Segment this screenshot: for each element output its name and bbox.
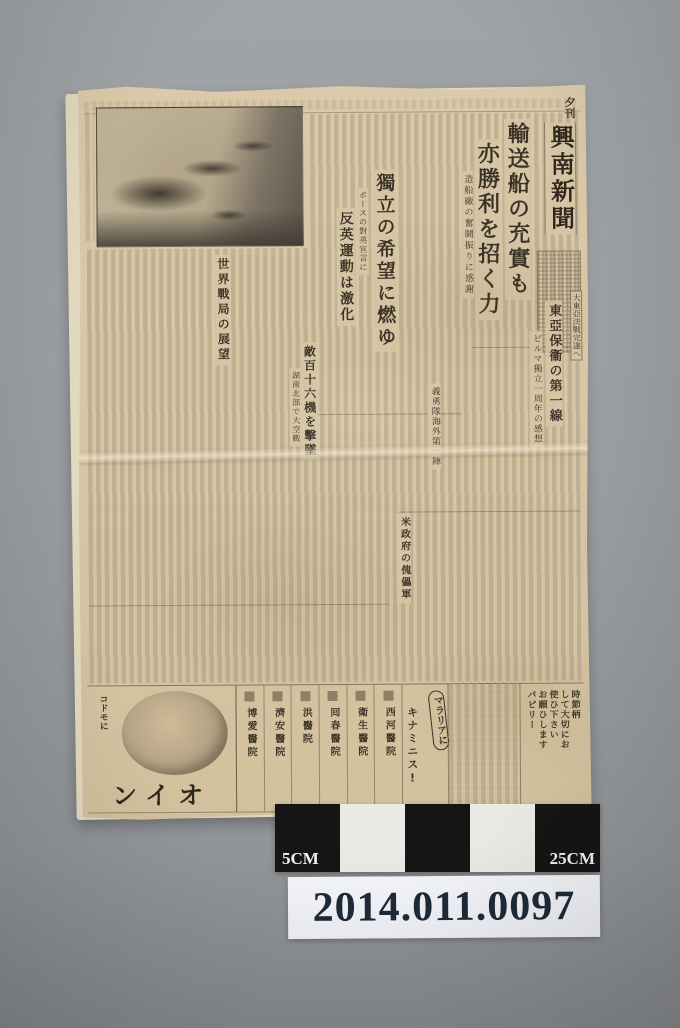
edition-label: 夕刊 [564,97,575,119]
clinic-ad: 濟安醫院 [263,685,291,811]
ad-baby-bubble-text: コドモに [97,694,106,730]
scale-bar-segment [470,804,535,872]
ad-baby-tonic: コドモに ンイオ [87,686,237,813]
photo-caption-column [85,111,95,241]
notice-line: して大切にお [558,690,568,810]
ad-small-text [447,684,521,810]
clinic-ad: 囘春醫院 [318,685,346,811]
ad-quinine-brand: キナミニス! [407,706,418,786]
advertisement-strip: コドモに ンイオ 西河醫院 衛生醫院 囘春醫院 洪醫院 濟安醫院 博愛醫院 マラ… [87,682,584,813]
clinic-name: 西河醫院 [383,707,393,759]
clinic-ad: 博愛醫院 [235,685,263,811]
headline-east-asia: 東亞保衞の第一線 [545,301,563,427]
headline-planes-downed-sub: 湖南北部で大空戰 [289,368,301,446]
ad-baby-brand: ンイオ [92,776,232,813]
clinic-mark-icon [300,691,310,701]
clinic-mark-icon [272,691,282,701]
scale-bar-segment [405,804,470,872]
clinic-ad: 洪醫院 [291,685,319,811]
clinic-name: 衛生醫院 [356,707,366,759]
headline-main-line2: 亦勝利を招く力 [474,139,501,320]
photographic-scale-bar: 5CM 25CM [275,804,600,872]
clinic-name: 囘春醫院 [328,707,338,759]
clinic-ad: 西河醫院 [374,685,402,811]
headline-main-kicker: 造船廠の奮鬪振りに感謝 [460,171,474,298]
aircraft-photo [96,106,304,247]
scale-bar-segment: 5CM [275,804,340,872]
clinic-name: 濟安醫院 [273,707,283,759]
notice-line: パピリー [525,690,535,810]
archive-photo-backdrop: 夕刊 興南新聞 輸送船の充實も 亦勝利を招く力 造船廠の奮鬪振りに感謝 大東亞決… [0,0,680,1028]
clinic-mark-icon [328,691,338,701]
ad-notice-papiri: 時節柄 して大切にお 使ひ下さい お願ひします パピリー [519,683,584,809]
clinic-mark-icon [355,691,365,701]
notice-line: 時節柄 [569,690,579,810]
clinic-mark-icon [245,691,255,701]
clinic-mark-icon [383,691,393,701]
accession-number-card: 2014.011.0097 [288,875,600,939]
clinic-ad: 衛生醫院 [346,685,374,811]
accession-number: 2014.011.0097 [312,882,575,932]
ad-quinine-medicine: マラリアに キナミニス! [401,684,449,810]
headline-east-asia-kicker: 大東亞決戰完遂へ [570,290,582,360]
clinic-name: 博愛醫院 [245,707,255,759]
ad-clinic-listings: 西河醫院 衛生醫院 囘春醫院 洪醫院 濟安醫院 博愛醫院 [235,685,402,812]
headline-independence-kicker: ボースの對英宣言に [356,188,369,275]
headline-main-line1: 輸送船の充實も [504,119,531,300]
scale-left-label: 5CM [282,849,319,869]
headline-independence: 獨立の希望に燃ゆ [372,170,396,352]
notice-line: 使ひ下さい [547,690,557,810]
scale-bar-segment: 25CM [535,804,600,872]
headline-planes-downed: 敵百十六機を擊墜 [301,342,318,460]
newspaper-sheet: 夕刊 興南新聞 輸送船の充實も 亦勝利を招く力 造船廠の奮鬪振りに感謝 大東亞決… [76,82,592,821]
headline-east-asia-sub: ビルマ獨立一周年の感想 [529,331,543,447]
notice-line: お願ひします [536,690,546,810]
clinic-name: 洪醫院 [300,707,310,746]
headline-independence-sub: 反英運動は激化 [337,208,356,326]
headline-us-government: 米政府の傀儡軍 [396,514,411,604]
headline-world-war-outlook: 世界戰局の展望 [215,255,232,366]
baby-illustration [121,691,228,776]
scale-right-label: 25CM [550,849,595,869]
newspaper-title: 興南新聞 [544,123,577,235]
scale-bar-segment [340,804,405,872]
